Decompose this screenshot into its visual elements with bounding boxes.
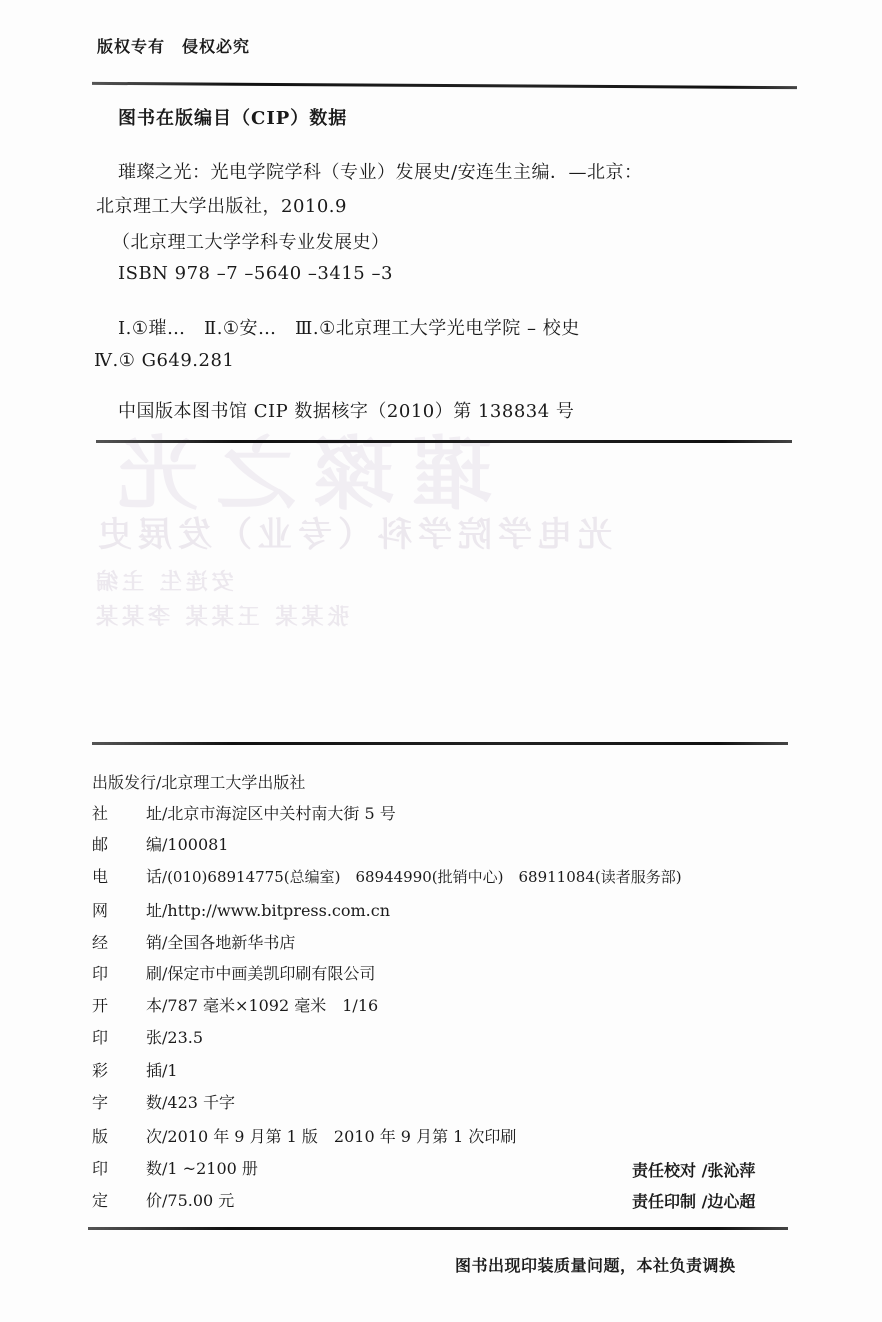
imprint-row-format: 开 本 /787 毫米×1092 毫米 1/16 bbox=[92, 993, 378, 1016]
imprint-row-color-plates: 彩 插 /1 bbox=[92, 1058, 178, 1081]
imprint-row-postcode: 邮 编 /100081 bbox=[92, 832, 228, 855]
imprint-row-publisher: 出版发行 /北京理工大学出版社 bbox=[92, 770, 305, 793]
copyright-notice: 版权专有 侵权必究 bbox=[97, 34, 250, 57]
cip-publisher-line: 北京理工大学出版社，2010.9 bbox=[96, 192, 347, 218]
bleed-through-subtitle: 光电学院学科（专业）发展史 bbox=[92, 507, 612, 556]
copyright-page: 璀璨之光 光电学院学科（专业）发展史 安连生 主编 张某某 王某某 李某某 版权… bbox=[0, 0, 882, 1322]
imprint-row-website: 网 址 /http://www.bitpress.com.cn bbox=[92, 898, 390, 921]
footer-rule bbox=[88, 1227, 788, 1230]
header-rule bbox=[92, 82, 797, 89]
imprint-row-price: 定 价 /75.00 元 bbox=[92, 1188, 234, 1211]
proofreader-credit: 责任校对 /张沁萍 bbox=[632, 1158, 755, 1181]
print-supervisor-credit: 责任印制 /边心超 bbox=[632, 1189, 755, 1212]
imprint-row-edition: 版 次 /2010 年 9 月第 1 版 2010 年 9 月第 1 次印刷 bbox=[92, 1124, 516, 1147]
bleed-through-authors: 张某某 王某某 李某某 bbox=[92, 600, 349, 631]
imprint-row-distributor: 经 销 /全国各地新华书店 bbox=[92, 930, 295, 953]
cip-series-line: （北京理工大学学科专业发展史） bbox=[112, 228, 390, 254]
cip-subject-line: Ⅰ.①璀… Ⅱ.①安… Ⅲ.①北京理工大学光电学院 – 校史 bbox=[118, 314, 580, 340]
imprint-row-word-count: 字 数 /423 千字 bbox=[92, 1090, 235, 1113]
cip-bottom-rule bbox=[96, 440, 792, 443]
imprint-top-rule bbox=[92, 742, 788, 745]
website-link: /http://www.bitpress.com.cn bbox=[162, 901, 390, 920]
cip-record-number-line: 中国版本图书馆 CIP 数据核字（2010）第 138834 号 bbox=[118, 397, 574, 423]
imprint-row-print-run: 印 数 /1 ~2100 册 bbox=[92, 1156, 258, 1179]
imprint-row-sheets: 印 张 /23.5 bbox=[92, 1025, 203, 1048]
bleed-through-editor: 安连生 主编 bbox=[92, 565, 234, 596]
imprint-row-printer: 印 刷 /保定市中画美凯印刷有限公司 bbox=[92, 961, 375, 984]
cip-classification-line: Ⅳ.① G649.281 bbox=[94, 350, 234, 371]
cip-title: 图书在版编目（CIP）数据 bbox=[118, 104, 347, 130]
cip-isbn-line: ISBN 978 –7 –5640 –3415 –3 bbox=[118, 263, 393, 284]
imprint-row-phone: 电 话 /(010)68914775(总编室) 68944990(批销中心) 6… bbox=[92, 864, 682, 887]
imprint-row-address: 社 址 /北京市海淀区中关村南大街 5 号 bbox=[92, 801, 396, 824]
quality-guarantee-note: 图书出现印装质量问题，本社负责调换 bbox=[455, 1253, 736, 1276]
cip-title-line: 璀璨之光：光电学院学科（专业）发展史/安连生主编．—北京： bbox=[118, 158, 643, 184]
